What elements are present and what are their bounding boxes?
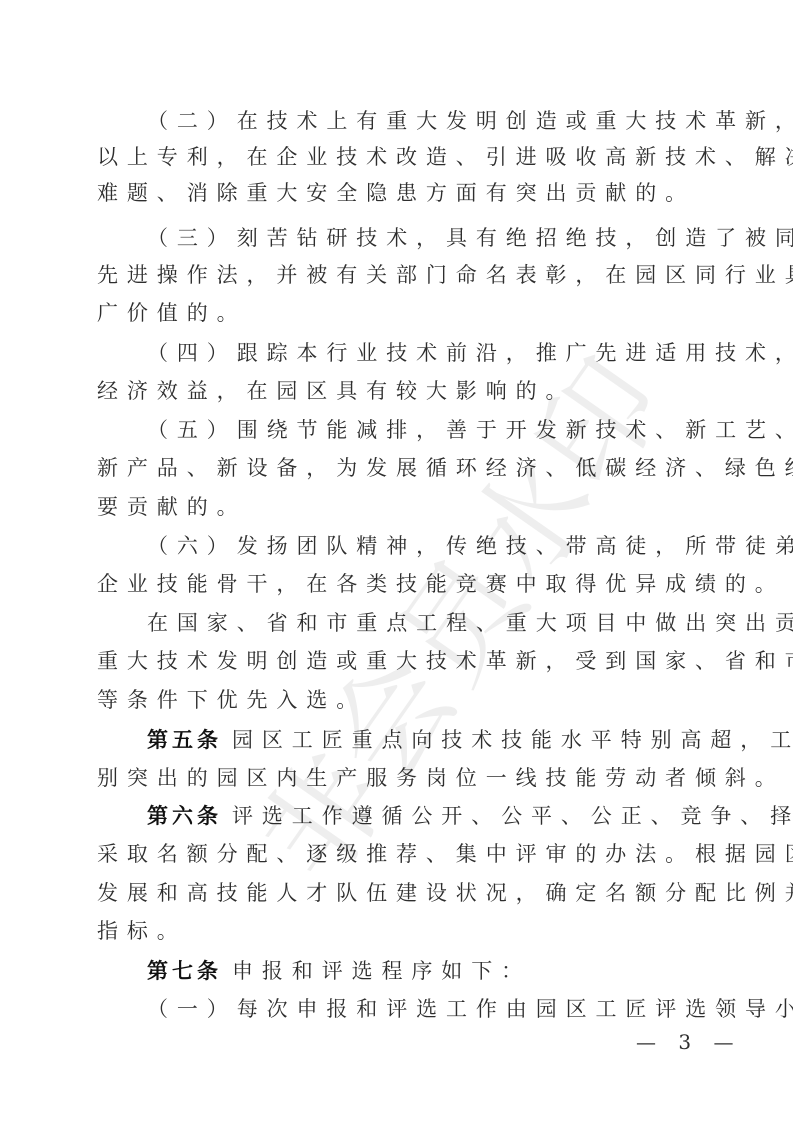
page-number: — 3 — (636, 1030, 741, 1054)
text-line: 以上专利，在企业技术改造、引进吸收高新技术、解决关键技术 (97, 142, 717, 172)
text-line: 要贡献的。 (97, 492, 717, 522)
article-heading: 第六条 (147, 804, 222, 828)
text-line: 先进操作法，并被有关部门命名表彰，在园区同行业具有一定推 (97, 260, 717, 290)
text-line: （一）每次申报和评选工作由园区工匠评选领导小组统一组 (147, 994, 767, 1024)
text-line: 等条件下优先入选。 (97, 685, 717, 715)
text-line: （四）跟踪本行业技术前沿，推广先进适用技术，产生显著 (147, 338, 767, 368)
article-5: 第五条园区工匠重点向技术技能水平特别高超，工作业绩特 (147, 725, 767, 755)
article-heading: 第五条 (147, 728, 222, 752)
text-line: （六）发扬团队精神，传绝技、带高徒，所带徒弟多人成为 (147, 531, 767, 561)
text-line: 新产品、新设备，为发展循环经济、低碳经济、绿色经济做出重 (97, 453, 717, 483)
article-6: 第六条评选工作遵循公开、公平、公正、竞争、择优的原则， (147, 801, 767, 831)
text-line: 发展和高技能人才队伍建设状况，确定名额分配比例并下达推荐 (97, 878, 717, 908)
text-line: 重大技术发明创造或重大技术革新，受到国家、省和市奖励的同 (97, 646, 717, 676)
article-text: 园区工匠重点向技术技能水平特别高超，工作业绩特 (232, 728, 793, 752)
document-page: 非会员水印 （二）在技术上有重大发明创造或重大技术革新，拥有一项 以上专利，在企… (0, 0, 793, 1122)
text-line: 广价值的。 (97, 298, 717, 328)
text-line: 别突出的园区内生产服务岗位一线技能劳动者倾斜。 (97, 763, 717, 793)
text-line: （二）在技术上有重大发明创造或重大技术革新，拥有一项 (147, 106, 767, 136)
text-line: 在国家、省和市重点工程、重大项目中做出突出贡献，或有 (147, 608, 767, 638)
text-line: （三）刻苦钻研技术，具有绝招绝技，创造了被同行公认的 (147, 223, 767, 253)
article-7: 第七条申报和评选程序如下： (147, 956, 767, 986)
article-text: 评选工作遵循公开、公平、公正、竞争、择优的原则， (232, 804, 793, 828)
text-line: 企业技能骨干，在各类技能竞赛中取得优异成绩的。 (97, 569, 717, 599)
article-heading: 第七条 (147, 959, 222, 983)
text-line: （五）围绕节能减排，善于开发新技术、新工艺、新材料、 (147, 415, 767, 445)
text-line: 指标。 (97, 916, 717, 946)
text-line: 难题、消除重大安全隐患方面有突出贡献的。 (97, 178, 717, 208)
text-line: 采取名额分配、逐级推荐、集中评审的办法。根据园区重点产业 (97, 839, 717, 869)
text-line: 经济效益，在园区具有较大影响的。 (97, 376, 717, 406)
article-text: 申报和评选程序如下： (232, 959, 531, 983)
